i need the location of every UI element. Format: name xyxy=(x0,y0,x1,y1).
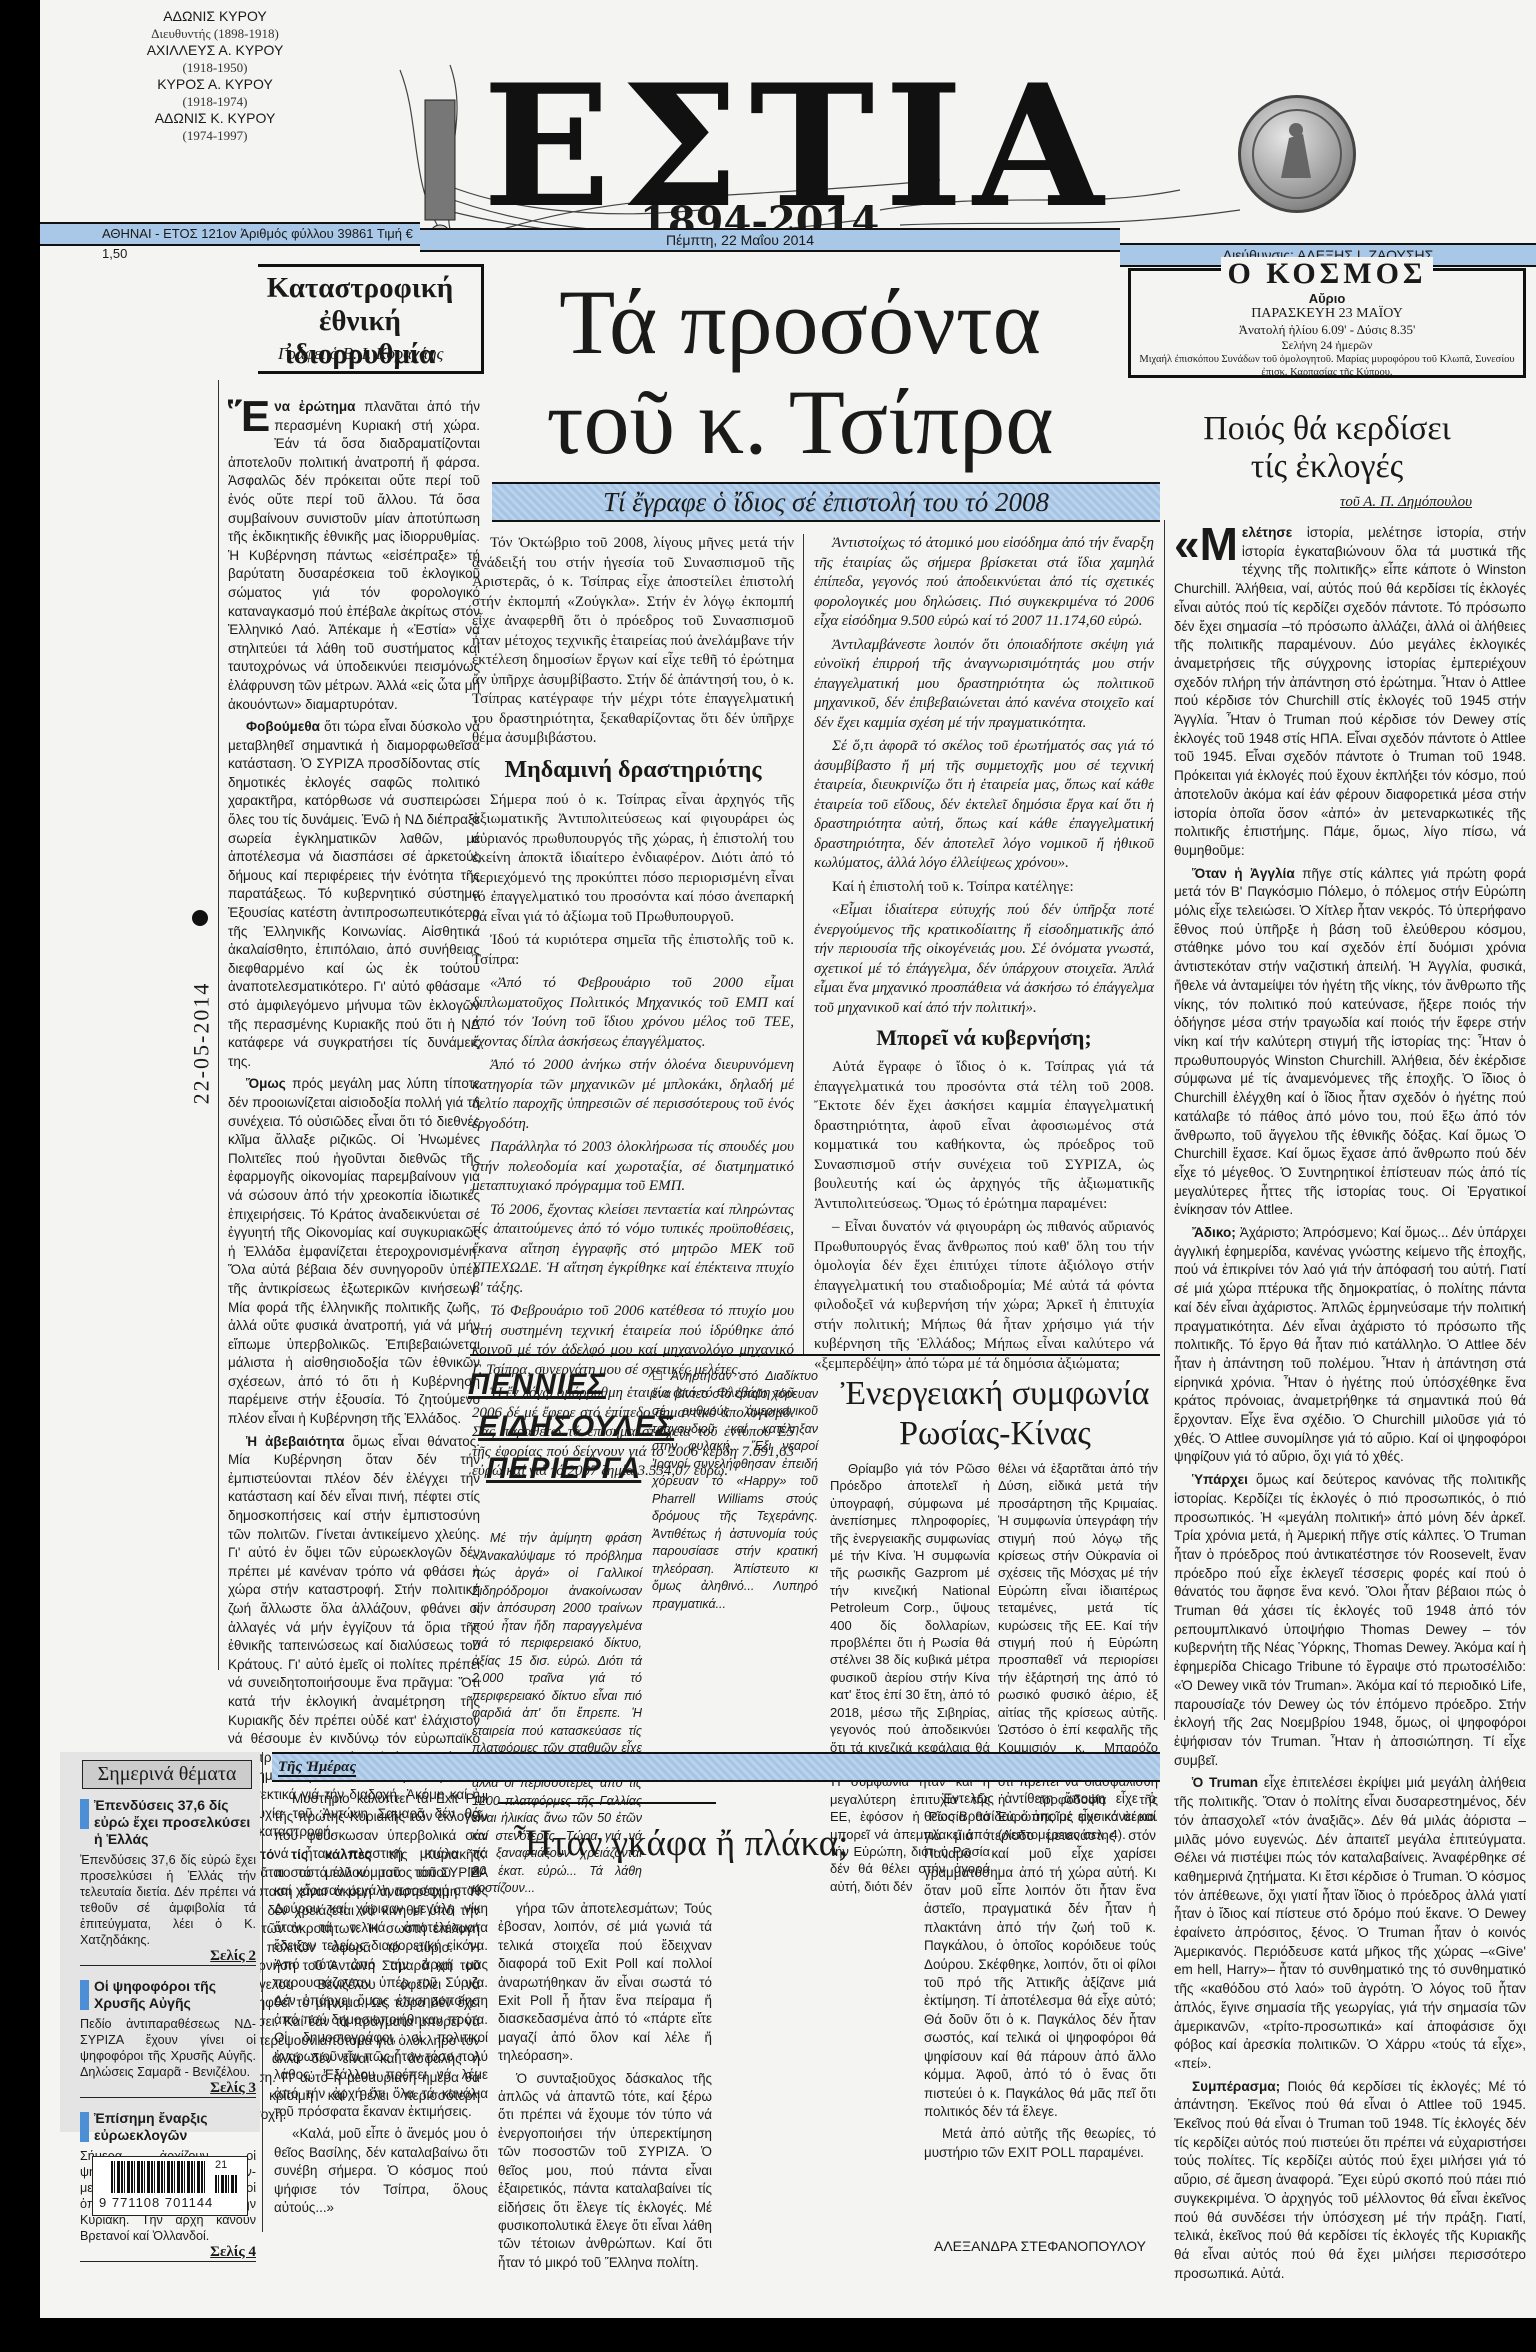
left-article-byline: Γράφει ὁ Β. Ι. Κοραχάης xyxy=(278,344,443,364)
quote-paragraph: Σέ ὅ,τι ἀφορᾶ τό σκέλος τοῦ ἐρωτήματός σ… xyxy=(814,737,1154,874)
tis-imeras-col3: Ἐντελῶς ἀντίθετη ἄποψη εἶχε ὁ θεῖος Βρασ… xyxy=(924,1790,1156,2166)
lead-bold: Ἡ ἀβεβαιότητα xyxy=(246,1434,344,1449)
founder-name: ΑΔΩΝΙΣ Κ. ΚΥΡΟΥ xyxy=(110,110,320,127)
kosmos-tomorrow: Αὔριο xyxy=(1131,291,1523,306)
lead-bold: Φοβούμεθα xyxy=(246,719,320,734)
lead-bold: Ὑπάρχει xyxy=(1192,1472,1248,1487)
paragraph: ὅτι τώρα εἶναι δύσκολο νά μεταβληθεῖ σημ… xyxy=(228,719,480,1069)
topic-page-link[interactable]: Σελίς 2 xyxy=(80,1948,256,1966)
paragraph: Μυστήριο καλύπτει τά Exit Poll τῆς πρώτη… xyxy=(274,1790,488,2121)
tis-imeras-col1: Μυστήριο καλύπτει τά Exit Poll τῆς πρώτη… xyxy=(274,1790,488,2221)
quote-paragraph: Παράλληλα τό 2003 ὁλοκλήρωσα τίς σπουδές… xyxy=(472,1138,794,1197)
right-headline-line: τίς ἐκλογές xyxy=(1128,448,1526,486)
lead-bold: Ὁ Truman xyxy=(1192,1775,1258,1790)
small-news-title-word: ΠΕΡΙΕΡΓΑ xyxy=(486,1452,638,1486)
paragraph: «Καλά, μοῦ εἶπε ὁ ἄνεμός μου ὁ θεῖος Βασ… xyxy=(274,2125,488,2217)
topic-headline: Ἐπενδύσεις 37,6 δίς εὐρώ ἔχει προσελκύσε… xyxy=(80,1797,256,1848)
lead-bold: Συμπέρασμα; xyxy=(1192,2079,1280,2094)
topic-headline: Οἱ ψηφοφόροι τῆς Χρυσῆς Αὐγῆς xyxy=(80,1978,256,2012)
right-headline-line: Ποιός θά κερδίσει xyxy=(1128,410,1526,448)
barcode-addon-icon xyxy=(215,2175,237,2193)
right-headline: Ποιός θά κερδίσει τίς ἐκλογές xyxy=(1128,410,1526,486)
topic-page-link[interactable]: Σελίς 4 xyxy=(80,2244,256,2262)
drop-cap: Ἕ xyxy=(228,398,270,436)
drop-cap: «Μ xyxy=(1174,524,1238,564)
lead-subhead: Μηδαμινή δραστηριότης xyxy=(472,753,794,787)
barcode-icon xyxy=(111,2161,207,2193)
small-news-title-word: ΕΙΔΗΣΟΥΛΕΣ xyxy=(478,1410,638,1444)
kosmos-sun-times: Ἀνατολή ἡλίου 6.09' - Δύσις 8.35' xyxy=(1131,322,1523,338)
right-byline: τοῦ Α. Π. Δημόπουλου xyxy=(1340,494,1472,511)
topic-item[interactable]: Οἱ ψηφοφόροι τῆς Χρυσῆς Αὐγῆς Πεδίο ἀντι… xyxy=(80,1978,256,2098)
column-divider xyxy=(262,1752,263,2232)
lead-subhead: Μπορεῖ νά κυβερνήση; xyxy=(814,1022,1154,1054)
todays-topics-box: Σημερινά θέματα Ἐπενδύσεις 37,6 δίς εὐρώ… xyxy=(60,1752,260,2132)
paragraph: Μετά ἀπό αὐτῆς τῆς θεωρίες, τό μυστήριο … xyxy=(924,2125,1156,2162)
paragraph: Ἰδού τά κυριότερα σημεῖα τῆς ἐπιστολῆς τ… xyxy=(472,931,794,970)
founder-years: Διευθυντής (1898-1918) xyxy=(110,25,320,42)
lead-headline: Τά προσόντα τοῦ κ. Τσίπρα xyxy=(460,272,1140,472)
column-divider xyxy=(803,534,804,1354)
paragraph: Ἀχάριστο; Ἀπρόσμενο; Καί ὅμως... Δέν ὑπά… xyxy=(1174,1225,1526,1464)
column-divider xyxy=(1164,520,1165,1720)
kosmos-box: Ο ΚΟΣΜΟΣ Αὔριο ΠΑΡΑΣΚΕΥΗ 23 ΜΑΪΟΥ Ἀνατολ… xyxy=(1128,268,1526,378)
paragraph: πρός μεγάλη μας λύπη τίποτε δέν προοιωνί… xyxy=(228,1076,480,1426)
lead-story-col1: Τόν Ὀκτώβριο τοῦ 2008, λίγους μῆνες μετά… xyxy=(472,534,794,1486)
founder-years: (1918-1974) xyxy=(110,93,320,110)
energy-headline-line: Ρωσίας-Κίνας xyxy=(830,1414,1160,1454)
paragraph: Τόν Ὀκτώβριο τοῦ 2008, λίγους μῆνες μετά… xyxy=(472,534,794,749)
headline-rule xyxy=(498,1802,716,1804)
tis-imeras-col2: γήρα τῶν ἀποτελεσμάτων; Τούς ἐβοσαν, λοι… xyxy=(498,1900,712,2276)
right-article-body: «Μελέτησε ἱστορία, μελέτησε ἱστορία, στή… xyxy=(1174,524,1526,2287)
founder-years: (1918-1950) xyxy=(110,59,320,76)
tis-imeras-band: Τῆς Ἡμέρας xyxy=(272,1752,1160,1782)
small-news-title-word: ΠΕΝΝΙΕΣ xyxy=(468,1368,638,1402)
paragraph: πλανᾶται ἀπό τήν περασμένη Κυριακή στή χ… xyxy=(228,399,480,712)
energy-headline-line: Ἐνεργειακή συμφωνία xyxy=(830,1374,1160,1414)
paragraph: γήρα τῶν ἀποτελεσμάτων; Τούς ἐβοσαν, λοι… xyxy=(498,1900,712,2066)
issue-info-band: ΑΘΗΝΑΙ - ΕΤΟΣ 121ον Ἀριθμός φύλλου 39861… xyxy=(40,222,420,246)
kosmos-saints: Μιχαήλ ἐπισκόπου Συνάδων τοῦ ὁμολογητοῦ.… xyxy=(1131,353,1523,379)
founder-name: ΚΥΡΟΣ Α. ΚΥΡΟΥ xyxy=(110,76,320,93)
topic-page-link[interactable]: Σελίς 3 xyxy=(80,2080,256,2098)
lead-bold: ελέτησε xyxy=(1242,525,1292,540)
quote-paragraph: Ἀπό τό 2000 ἀνήκω στήν ὁλοένα διευρυνόμε… xyxy=(472,1056,794,1134)
quote-paragraph: Ἀντιλαμβάνεστε λοιπόν ὅτι ὁποιαδήποτε σκ… xyxy=(814,636,1154,734)
coin-emblem-icon xyxy=(1238,95,1356,213)
paragraph: εἶχε ἐπιτελέσει ἐκρίψει μιά μεγάλη ἀλήθε… xyxy=(1174,1775,1526,2071)
lead-subheadline-band: Τί ἔγραφε ὁ ἴδιος σέ ἐπιστολή του τό 200… xyxy=(492,482,1160,522)
energy-col2: θέλει νά ἐξαρτᾶται ἀπό τήν Δύση, εἰδικά … xyxy=(998,1460,1158,1847)
vertical-date-strip: 22-05-2014 xyxy=(180,880,220,1140)
kosmos-moon: Σελήνη 24 ἡμερῶν xyxy=(1131,338,1523,353)
paragraph: Σήμερα πού ὁ κ. Τσίπρας εἶναι ἀρχηγός τῆ… xyxy=(472,791,794,928)
founder-name: ΑΔΩΝΙΣ ΚΥΡΟΥ xyxy=(110,8,320,25)
lead-headline-line: Τά προσόντα xyxy=(460,272,1140,372)
page-bottom-edge xyxy=(40,2318,1536,2332)
paragraph: – Εἶναι δυνατόν νά φιγουράρη ὡς πιθανός … xyxy=(814,1218,1154,1374)
section-rule xyxy=(470,1354,1160,1356)
founder-years: (1974-1997) xyxy=(110,127,320,144)
paragraph: πῆγε στίς κάλπες γιά πρώτη φορά μετά τόν… xyxy=(1174,866,1526,1218)
paragraph: Καί ἡ ἐπιστολή τοῦ κ. Τσίπρα κατέληγε: xyxy=(814,878,1154,898)
lead-bold: να ἐρώτημα xyxy=(274,399,355,414)
quote-paragraph: Τό 2006, ἔχοντας κλείσει πενταετία καί π… xyxy=(472,1201,794,1299)
paragraph: Ἐντελῶς ἀντίθετη ἄποψη εἶχε ὁ θεῖος Βρασ… xyxy=(924,1790,1156,2121)
lead-bold: Ὅταν ἡ Ἀγγλία xyxy=(1192,866,1295,881)
vertical-date: 22-05-2014 xyxy=(188,982,214,1105)
issue-date: Πέμπτη, 22 Μαΐου 2014 xyxy=(666,232,814,248)
small-news-item: Ἀνήρτησαν στό Διαδίκτυο ἕνα βίντεο στό ὁ… xyxy=(652,1369,818,1611)
lead-bold: Ὅμως xyxy=(246,1076,286,1091)
small-news-title: ΠΕΝΝΙΕΣ ΕΙΔΗΣΟΥΛΕΣ ΠΕΡΙΕΡΓΑ xyxy=(468,1368,638,1486)
issue-line: ΑΘΗΝΑΙ - ΕΤΟΣ 121ον Ἀριθμός φύλλου 39861… xyxy=(102,226,413,261)
lead-headline-line: τοῦ κ. Τσίπρα xyxy=(460,372,1140,472)
quote-paragraph: Ἀντιστοίχως τό ἀτομικό μου εἰσόδημα ἀπό … xyxy=(814,534,1154,632)
topic-headline: Ἐπίσημη ἔναρξις εὐρωεκλογῶν xyxy=(80,2110,256,2144)
lead-subheadline: Τί ἔγραφε ὁ ἴδιος σέ ἐπιστολή του τό 200… xyxy=(603,487,1049,517)
barcode-number: 9 771108 701144 xyxy=(99,2195,213,2210)
lead-story-col2: Ἀντιστοίχως τό ἀτομικό μου εἰσόδημα ἀπό … xyxy=(814,534,1154,1378)
topic-body: Ἐπενδύσεις 37,6 δίς εὐρώ ἔχει προσελκύσε… xyxy=(80,1852,256,1948)
energy-headline: Ἐνεργειακή συμφωνία Ρωσίας-Κίνας xyxy=(830,1374,1160,1454)
date-band: Πέμπτη, 22 Μαΐου 2014 xyxy=(420,228,1120,252)
newspaper-page: ΑΔΩΝΙΣ ΚΥΡΟΥ Διευθυντής (1898-1918) ΑΧΙΛ… xyxy=(40,0,1536,2330)
barcode-box: 21 9 771108 701144 xyxy=(92,2156,248,2216)
paragraph: Ὁ συνταξιοῦχος δάσκαλος τῆς ἀπλῶς νά ἀπα… xyxy=(498,2070,712,2272)
small-news-col2: ☐ Ἀνήρτησαν στό Διαδίκτυο ἕνα βίντεο στό… xyxy=(652,1368,818,1617)
tis-imeras-headline: Ἦταν γκάφα ἤ πλάκα; xyxy=(498,1822,918,1866)
bullet-dot-icon xyxy=(192,910,208,926)
tis-imeras-byline: ΑΛΕΞΑΝΔΡΑ ΣΤΕΦΑΝΟΠΟΥΛΟΥ xyxy=(924,2238,1146,2254)
kosmos-date: ΠΑΡΑΣΚΕΥΗ 23 ΜΑΪΟΥ xyxy=(1131,306,1523,322)
lead-bold: Ἄδικο; xyxy=(1192,1225,1236,1240)
quote-paragraph: «Εἶμαι ἰδιαίτερα εὐτυχής πού δέν ὑπῆρξα … xyxy=(814,901,1154,1018)
paragraph: ἱστορία, μελέτησε ἱστορία, στήν ἱστορία … xyxy=(1174,525,1526,858)
topic-item[interactable]: Ἐπενδύσεις 37,6 δίς εὐρώ ἔχει προσελκύσε… xyxy=(80,1797,256,1966)
kosmos-title: Ο ΚΟΣΜΟΣ xyxy=(1221,257,1432,290)
quote-paragraph: «Ἀπό τό Φεβρουάριο τοῦ 2000 εἶμαι διπλωμ… xyxy=(472,974,794,1052)
paragraph: Αὐτά ἔγραφε ὁ ἴδιος ὁ κ. Τσίπρας γιά τά … xyxy=(814,1058,1154,1214)
founder-name: ΑΧΙΛΛΕΥΣ Α. ΚΥΡΟΥ xyxy=(110,42,320,59)
topic-body: Πεδίο ἀντιπαραθέσεως ΝΔ-ΣΥΡΙΖΑ ἔχουν γίν… xyxy=(80,2016,256,2080)
barcode-addon: 21 xyxy=(215,2159,227,2171)
left-title-line: Καταστροφική xyxy=(260,272,460,305)
founders-list: ΑΔΩΝΙΣ ΚΥΡΟΥ Διευθυντής (1898-1918) ΑΧΙΛ… xyxy=(110,8,320,144)
paragraph: ὅμως καί δεύτερος κανόνας τῆς πολιτικῆς … xyxy=(1174,1472,1526,1768)
paragraph: Ποιός θά κερδίσει τίς ἐκλογές; Μέ τό ἀπά… xyxy=(1174,2079,1526,2281)
tis-imeras-label: Τῆς Ἡμέρας xyxy=(278,1759,356,1777)
todays-topics-title: Σημερινά θέματα xyxy=(82,1760,252,1789)
paragraph: θέλει νά ἐξαρτᾶται ἀπό τήν Δύση, εἰδικά … xyxy=(998,1460,1158,1843)
